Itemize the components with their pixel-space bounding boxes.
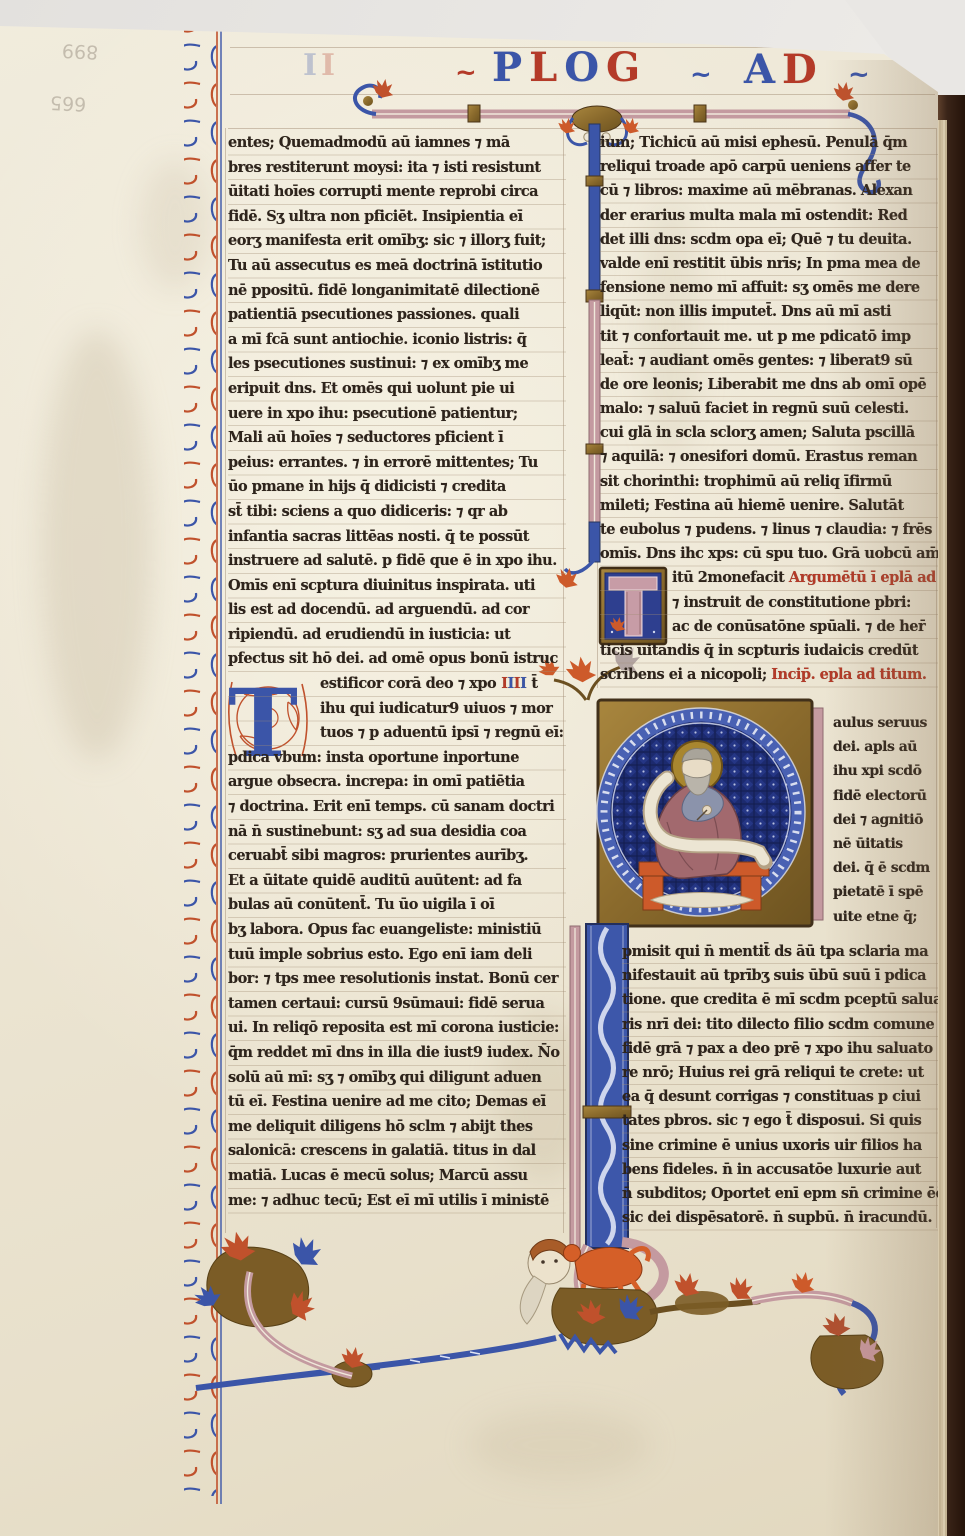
- manuscript-line: ac de conūsatōne spūali. ⁊ de her̄: [600, 615, 938, 639]
- chapter-numeral: IIII: [501, 675, 527, 692]
- manuscript-line: entes; Quemadmodū aū iamnes ⁊ mā: [228, 131, 566, 156]
- manuscript-line: aulus seruus: [833, 712, 936, 736]
- manuscript-line: pdica vbum: insta oportune inportune: [228, 746, 566, 771]
- bas-de-page-ornament: [190, 1228, 885, 1394]
- manuscript-line: tione. que credita ē mī scdm pceptū salu…: [622, 988, 938, 1012]
- manuscript-line: dei ⁊ agnitiō: [833, 809, 936, 833]
- manuscript-line: lis est ad docendū. ad arguendū. ad cor: [228, 598, 566, 623]
- pencil-foliation-number: 899: [61, 39, 98, 63]
- manuscript-line: eorʒ manifesta erit omībʒ: sic ⁊ illorʒ …: [228, 229, 566, 254]
- manuscript-line: pietatē ī spē: [833, 881, 936, 905]
- manuscript-line: ⁊ instruit de constitutione pbri:: [600, 591, 938, 615]
- manuscript-line: det illi dns: scdm opa eī; Quē ⁊ tu deui…: [600, 228, 938, 252]
- manuscript-line: ea q̄ desunt corrigas ⁊ constituas p ciu…: [622, 1085, 938, 1109]
- manuscript-line: tamen certaui: cursū 9sūmaui: fidē serua: [228, 992, 566, 1017]
- manuscript-line: bulas aū conūtent̄. Tu ūo uigila ī oī: [228, 893, 566, 918]
- manuscript-line: me deliquit diligens hō sclm ⁊ abijt the…: [228, 1115, 566, 1140]
- manuscript-line: pfectus sit hō dei. ad omē opus bonū ist…: [228, 647, 566, 672]
- manuscript-line: a mī fcā sunt antiochie. iconio listris:…: [228, 328, 566, 353]
- manuscript-line: dei. apls aū: [833, 736, 936, 760]
- manuscript-line: tuos ⁊ p aduentū ipsī ⁊ regnū eī:: [228, 721, 566, 746]
- manuscript-line: ticis uitandis q̄ in scpturis iudaicis c…: [600, 639, 938, 663]
- running-title-prologus: PLOG: [492, 44, 647, 91]
- text-column-right-lower: pmisit qui n̄ mentit̄ ds āū tpa sclaria …: [622, 940, 938, 1235]
- manuscript-line: nā n̄ sustinebunt: sʒ ad sua desidia coa: [228, 820, 566, 845]
- manuscript-line: q̄m reddet mī dns in illa die iust9 iude…: [228, 1041, 566, 1066]
- manuscript-line: sine crimine ē unius uxoris uir filios h…: [622, 1134, 938, 1158]
- parchment-stain: [470, 1410, 650, 1480]
- manuscript-line: tuū imple sobrius esto. Ego enī iam deli: [228, 943, 566, 968]
- manuscript-line: fensione nemo mī affuit: sʒ omēs me dere: [600, 276, 938, 300]
- manuscript-line: re nrō; Huius rei grā reliqui te crete: …: [622, 1061, 938, 1085]
- manuscript-line: mileti; Festina aū hiemē uenire. Salutāt: [600, 494, 938, 518]
- manuscript-line: itū 2monefacit Argumētū ī eplā ad titū.: [600, 566, 938, 590]
- parchment-stain: [140, 160, 210, 290]
- manuscript-line: patientiā psecutiones passiones. quali: [228, 303, 566, 328]
- manuscript-line: ihu xpi scdō: [833, 760, 936, 784]
- manuscript-line: eripuit dns. Et omēs qui uolunt pie ui: [228, 377, 566, 402]
- manuscript-line: ihu qui iudicatur9 uiuos ⁊ mor: [228, 697, 566, 722]
- manuscript-line: fidē electorū: [833, 785, 936, 809]
- manuscript-line: nē ūitatis: [833, 833, 936, 857]
- manuscript-line: tit ⁊ confortauit me. ut p me pdicatō im…: [600, 325, 938, 349]
- manuscript-line: instruere ad salutē. p fidē que ē in xpo…: [228, 549, 566, 574]
- rubric-text: Incip̄. epla ad titum.: [771, 666, 926, 683]
- manuscript-line: infantia sacras littēas nosti. q̄ te pos…: [228, 525, 566, 550]
- manuscript-line: ripiendū. ad erudiendū in iusticia: ut: [228, 623, 566, 648]
- manuscript-line: ūo pmane in hijs q̄ didicisti ⁊ credita: [228, 475, 566, 500]
- manuscript-line: valde enī restitit ūbis nrīs; In pma mea…: [600, 252, 938, 276]
- manuscript-line: nifestauit aū tprībʒ suis ūbū suū ī pdic…: [622, 964, 938, 988]
- manuscript-line: malo: ⁊ saluū faciet in regnū suū celest…: [600, 397, 938, 421]
- manuscript-line: scribens ei a nicopoli; Incip̄. epla ad …: [600, 663, 938, 687]
- manuscript-line: uere in xpo ihu: psecutionē patientur;: [228, 402, 566, 427]
- manuscript-line: estificor corā deo ⁊ xpo IIII t̄: [228, 672, 566, 697]
- manuscript-line: les psecutiones sustinui: ⁊ ex omībʒ me: [228, 352, 566, 377]
- text-column-right-beside-initial: aulus seruusdei. apls aūihu xpi scdōfidē…: [833, 712, 936, 932]
- manuscript-line: ui. In reliqō reposita est mī corona ius…: [228, 1016, 566, 1041]
- manuscript-line: ceruabt̄ sibi magros: prurientes aurībʒ.: [228, 844, 566, 869]
- manuscript-line: ūitati hoīes corrupti mente reprobi circ…: [228, 180, 566, 205]
- parchment-stain: [42, 330, 152, 760]
- manuscript-line: sit chorinthi: trophimū aū reliq īfirmū: [600, 470, 938, 494]
- manuscript-line: me: ⁊ adhuc tecū; Est eī mī utilis ī min…: [228, 1189, 566, 1214]
- manuscript-page: 899 665 II PLOG AD ~ ~ ~: [0, 0, 965, 1536]
- manuscript-line: uite etne q̄;: [833, 906, 936, 930]
- manuscript-line: Tu aū assecutus es meā doctrinā īstituti…: [228, 254, 566, 279]
- header-flourish: ~: [690, 60, 712, 90]
- manuscript-line: pmisit qui n̄ mentit̄ ds āū tpa sclaria …: [622, 940, 938, 964]
- ruling-line: [228, 128, 936, 129]
- manuscript-line: fidē grā ⁊ pax a deo prē ⁊ xpo ihu salua…: [622, 1037, 938, 1061]
- manuscript-line: salonicā: crescens in galatiā. titus in …: [228, 1139, 566, 1164]
- manuscript-line: ⁊ aquilā: ⁊ onesifori domū. Erastus rema…: [600, 445, 938, 469]
- manuscript-line: argue obsecra. increpa: in omī patiētia: [228, 770, 566, 795]
- manuscript-line: ris nrī dei: tito dilecto filio scdm com…: [622, 1013, 938, 1037]
- manuscript-line: peius: errantes. ⁊ in errorē mittentes; …: [228, 451, 566, 476]
- manuscript-line: Et a ūitate quidē auditū auūtent: ad fa: [228, 869, 566, 894]
- manuscript-line: bʒ labora. Opus fac euangeliste: ministi…: [228, 918, 566, 943]
- manuscript-line: ⁊ doctrina. Erit enī temps. cū sanam doc…: [228, 795, 566, 820]
- manuscript-line: Mali aū hoīes ⁊ seductores pficient ī: [228, 426, 566, 451]
- pen-flourish-border: [184, 26, 221, 1504]
- show-through-numeral: II: [303, 48, 339, 83]
- manuscript-line: tū eī. Festina uenire ad me cito; Demas …: [228, 1090, 566, 1115]
- manuscript-line: liqūt: non illis imputet̄. Dns aū mī ast…: [600, 300, 938, 324]
- header-flourish: ~: [455, 58, 477, 88]
- manuscript-line: ium; Tichicū aū misi ephesū. Penulā q̄m: [600, 131, 938, 155]
- ruling-line: [597, 128, 598, 688]
- manuscript-line: te eubolus ⁊ pudens. ⁊ linus ⁊ claudia: …: [600, 518, 938, 542]
- manuscript-line: sic dei dispēsatorē. n̄ supbū. n̄ iracun…: [622, 1206, 938, 1230]
- header-flourish: ~: [848, 60, 870, 90]
- manuscript-line: de ore leonis; Liberabit me dns ab omī o…: [600, 373, 938, 397]
- manuscript-line: Omīs enī scptura diuinitus inspirata. ut…: [228, 574, 566, 599]
- manuscript-line: matiā. Lucas ē mecū solus; Marcū assu: [228, 1164, 566, 1189]
- manuscript-line: der erarius multa mala mī ostendit: Red: [600, 204, 938, 228]
- manuscript-line: tates pbros. sic ⁊ ego t̄ disposui. Si q…: [622, 1109, 938, 1133]
- manuscript-line: dei. q̄ ē scdm: [833, 857, 936, 881]
- manuscript-line: reliqui troade apō carpū ueniens affer t…: [600, 155, 938, 179]
- rubric-text: Argumētū ī eplā ad titū.: [789, 569, 938, 586]
- manuscript-line: bens fideles. n̄ in accusatōe luxurie au…: [622, 1158, 938, 1182]
- historiated-initial-p-paul: [597, 700, 823, 926]
- manuscript-line: solū aū mī: sʒ ⁊ omībʒ qui diligunt adue…: [228, 1066, 566, 1091]
- manuscript-line: bor: ⁊ tps mee resolutionis instat. Bonū…: [228, 967, 566, 992]
- manuscript-line: nē ppositū. fidē longanimitatē dilection…: [228, 279, 566, 304]
- ruling-line: [230, 94, 935, 95]
- manuscript-line: bres restiterunt moysi: ita ⁊ isti resis…: [228, 156, 566, 181]
- manuscript-line: cui glā in scla sclorʒ amen; Saluta psci…: [600, 421, 938, 445]
- manuscript-line: n̄ subditos; Oportet enī epm sn̄ crimine…: [622, 1182, 938, 1206]
- pencil-foliation-number: 665: [49, 91, 86, 115]
- text-column-left: entes; Quemadmodū aū iamnes ⁊ mābres res…: [228, 131, 566, 1227]
- manuscript-line: st̄ tibi: sciens a quo didiceris: ⁊ qr a…: [228, 500, 566, 525]
- manuscript-line: omīs. Dns ihc xps: cū spu tuo. Grā uobcū…: [600, 542, 938, 566]
- ruling-line: [225, 128, 226, 1233]
- text-column-right-upper: ium; Tichicū aū misi ephesū. Penulā q̄mr…: [600, 131, 938, 691]
- manuscript-line: fidē. Sʒ ultra non pficiēt. Insipientia …: [228, 205, 566, 230]
- running-title-ad: AD: [744, 46, 824, 93]
- manuscript-line: leat̄: ⁊ audiant omēs gentes: ⁊ liberat9…: [600, 349, 938, 373]
- manuscript-line: cū ⁊ libros: maxime aū mēbranas. Alexan: [600, 179, 938, 203]
- photo-backdrop: 899 665 II PLOG AD ~ ~ ~: [0, 0, 965, 1536]
